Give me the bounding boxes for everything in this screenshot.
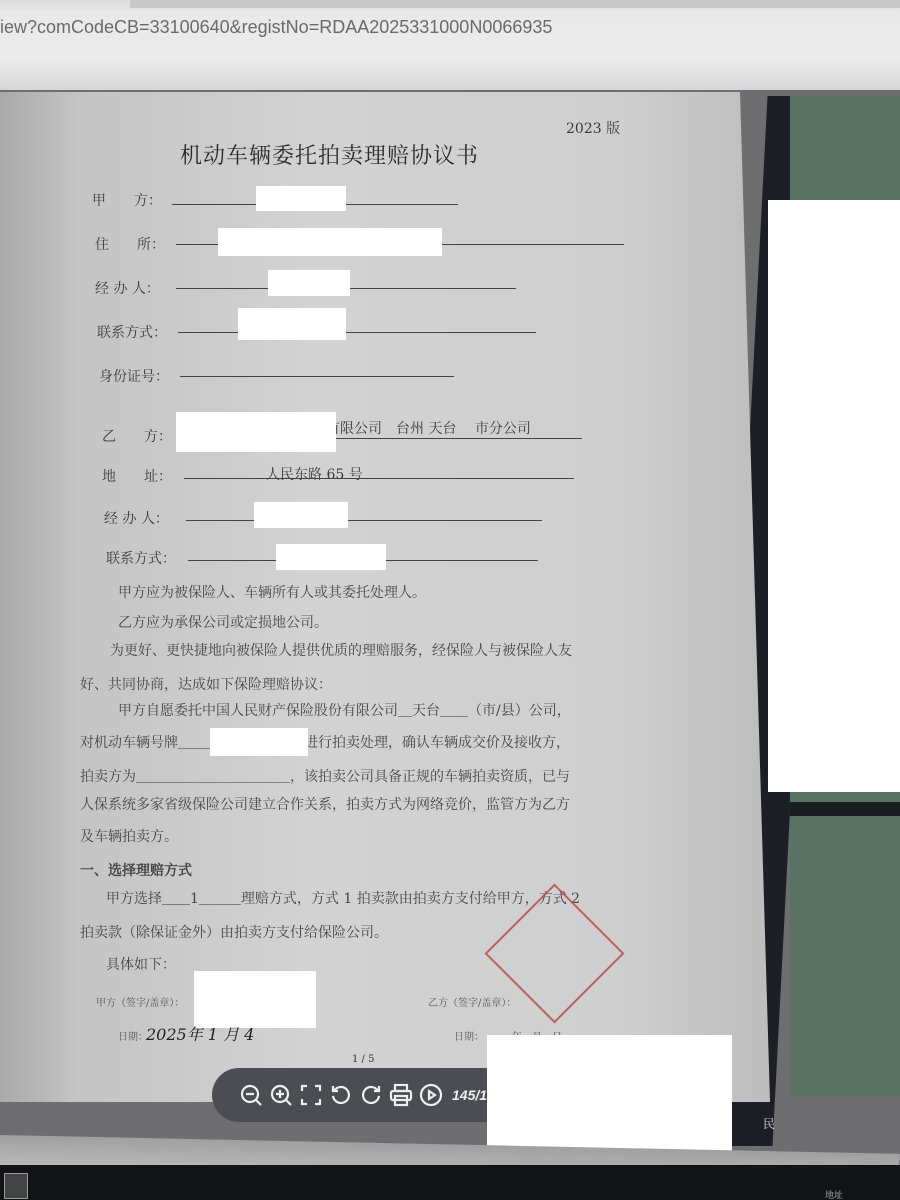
viewer-toolbar: 145/1 <box>212 1068 502 1122</box>
paragraph: 对机动车辆号牌＿＿＿＿＿＿＿＿＿进行拍卖处理，确认车辆成交价及接收方， <box>80 732 570 752</box>
redacted-region <box>487 1035 732 1151</box>
paragraph: 好、共同协商，达成如下保险理赔协议： <box>80 674 332 694</box>
paragraph: 及车辆拍卖方。 <box>80 826 178 846</box>
signature-b-label: 乙方（签字/盖章）： <box>428 994 516 1009</box>
party-a-contact-label: 联系方式： <box>97 322 167 342</box>
tray-text: 地址 <box>825 1188 843 1200</box>
zoom-out-icon <box>239 1083 263 1107</box>
party-b-agent-line <box>186 520 542 521</box>
page-number: 1 / 5 <box>352 1054 374 1065</box>
party-b-address-line <box>184 478 574 479</box>
redacted-field <box>276 544 386 570</box>
party-a-address-label: 住 所： <box>95 234 165 254</box>
zoom-out-button[interactable] <box>238 1082 264 1108</box>
play-button[interactable] <box>418 1082 444 1108</box>
document-version: 2023 版 <box>566 118 620 138</box>
taskbar <box>0 1165 900 1200</box>
fit-screen-button[interactable] <box>298 1082 324 1108</box>
print-button[interactable] <box>388 1082 414 1108</box>
background-window-text: 民 <box>763 1115 775 1132</box>
tab-strip <box>130 0 900 8</box>
document-page: 2023 版 机动车辆委托拍卖理赔协议书 甲 方： 住 所： 经 办 人： 联系… <box>0 92 770 1102</box>
date-b-label: 日期： <box>454 1028 484 1043</box>
fullscreen-icon <box>299 1083 323 1107</box>
redacted-field <box>210 728 308 756</box>
paragraph: 乙方应为承保公司或定损地公司。 <box>118 612 328 632</box>
party-b-contact-label: 联系方式： <box>106 548 176 568</box>
redacted-field <box>176 412 336 452</box>
rotate-right-button[interactable] <box>358 1082 384 1108</box>
signature-a-label: 甲方（签字/盖章）： <box>96 994 184 1009</box>
party-b-value: 有限公司 台州 天台 市分公司 <box>326 418 531 438</box>
rotate-left-icon <box>329 1083 353 1107</box>
play-icon <box>419 1083 443 1107</box>
image-counter: 145/1 <box>452 1087 487 1103</box>
paragraph: 为更好、更快捷地向被保险人提供优质的理赔服务，经保险人与被保险人友 <box>110 640 572 660</box>
paragraph: 拍卖方为＿＿＿＿＿＿＿＿＿＿＿，该拍卖公司具备正规的车辆拍卖资质，已与 <box>80 766 570 786</box>
paragraph: 拍卖款（除保证金外）由拍卖方支付给保险公司。 <box>80 922 388 942</box>
party-b-address-value: 人民东路 65 号 <box>266 464 363 484</box>
paragraph: 具体如下： <box>106 954 176 974</box>
party-a-id-label: 身份证号： <box>99 366 169 386</box>
party-b-label: 乙 方： <box>102 426 172 446</box>
background-window-titlebar <box>790 802 900 816</box>
zoom-in-button[interactable] <box>268 1082 294 1108</box>
party-b-agent-label: 经 办 人： <box>104 508 169 528</box>
print-icon <box>389 1083 413 1107</box>
paragraph: 甲方自愿委托中国人民财产保险股份有限公司＿天台＿＿（市/县）公司， <box>118 700 571 720</box>
paragraph: 人保系统多家省级保险公司建立合作关系，拍卖方式为网络竞价，监管方为乙方 <box>80 794 570 814</box>
party-b-address-label: 地 址： <box>102 466 172 486</box>
party-a-label: 甲 方： <box>92 190 162 210</box>
document-title: 机动车辆委托拍卖理赔协议书 <box>180 139 479 170</box>
party-a-id-line <box>180 376 454 377</box>
date-a-label: 日期： <box>118 1028 148 1043</box>
paragraph: 甲方应为被保险人、车辆所有人或其委托处理人。 <box>118 582 426 602</box>
image-app-icon[interactable] <box>4 1173 28 1199</box>
browser-address-bar[interactable]: iew?comCodeCB=33100640&registNo=RDAA2025… <box>0 0 900 90</box>
redacted-field <box>268 270 350 296</box>
party-a-contact-line <box>178 332 536 333</box>
redacted-signature <box>194 971 316 1028</box>
rotate-right-icon <box>359 1083 383 1107</box>
zoom-in-icon <box>269 1083 293 1107</box>
paragraph: 甲方选择＿＿1＿＿＿理赔方式，方式 1 拍卖款由拍卖方支付给甲方，方式 2 <box>106 888 580 908</box>
redacted-region <box>768 200 900 792</box>
party-a-agent-label: 经 办 人： <box>95 278 160 298</box>
redacted-field <box>256 186 346 211</box>
redacted-field <box>254 502 348 528</box>
redacted-field <box>218 228 442 256</box>
url-text[interactable]: iew?comCodeCB=33100640&registNo=RDAA2025… <box>0 17 552 38</box>
section-heading: 一、选择理赔方式 <box>80 860 192 880</box>
redacted-field <box>238 308 346 340</box>
date-a-value: 2025年 1 月 4 <box>146 1022 254 1045</box>
rotate-left-button[interactable] <box>328 1082 354 1108</box>
